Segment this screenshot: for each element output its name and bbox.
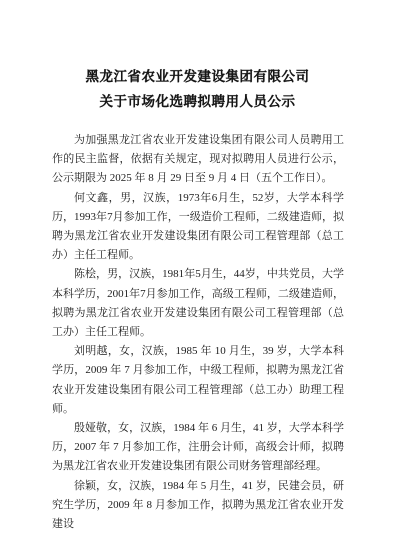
document-title-line2: 关于市场化选聘拟聘用人员公示 xyxy=(100,94,296,109)
intro-paragraph: 为加强黑龙江省农业开发建设集团有限公司人员聘用工作的民主监督，依据有关规定，现对… xyxy=(52,131,344,189)
candidate-paragraph: 殷娅敬，女，汉族，1984 年 6 月生，41 岁，大学本科学历，2007 年 … xyxy=(52,419,344,477)
document-body: 为加强黑龙江省农业开发建设集团有限公司人员聘用工作的民主监督，依据有关规定，现对… xyxy=(52,131,344,534)
document-title-line1: 黑龙江省农业开发建设集团有限公司 xyxy=(86,69,310,84)
candidate-paragraph: 刘明越，女，汉族，1985 年 10 月生，39 岁，大学本科学历，2009 年… xyxy=(52,342,344,419)
candidate-paragraph: 何文鑫，男，汉族，1973年6月生，52岁，大学本科学历，1993年7月参加工作… xyxy=(52,189,344,266)
candidate-paragraph: 陈桧，男，汉族，1981年5月生，44岁，中共党员，大学本科学历，2001年7月… xyxy=(52,265,344,342)
document-title: 黑龙江省农业开发建设集团有限公司 关于市场化选聘拟聘用人员公示 xyxy=(0,64,395,114)
document-page: 黑龙江省农业开发建设集团有限公司 关于市场化选聘拟聘用人员公示 为加强黑龙江省农… xyxy=(0,0,395,555)
candidate-paragraph: 徐颖，女，汉族，1984 年 5 月生，41 岁，民建会员，研究生学历，2009… xyxy=(52,477,344,535)
